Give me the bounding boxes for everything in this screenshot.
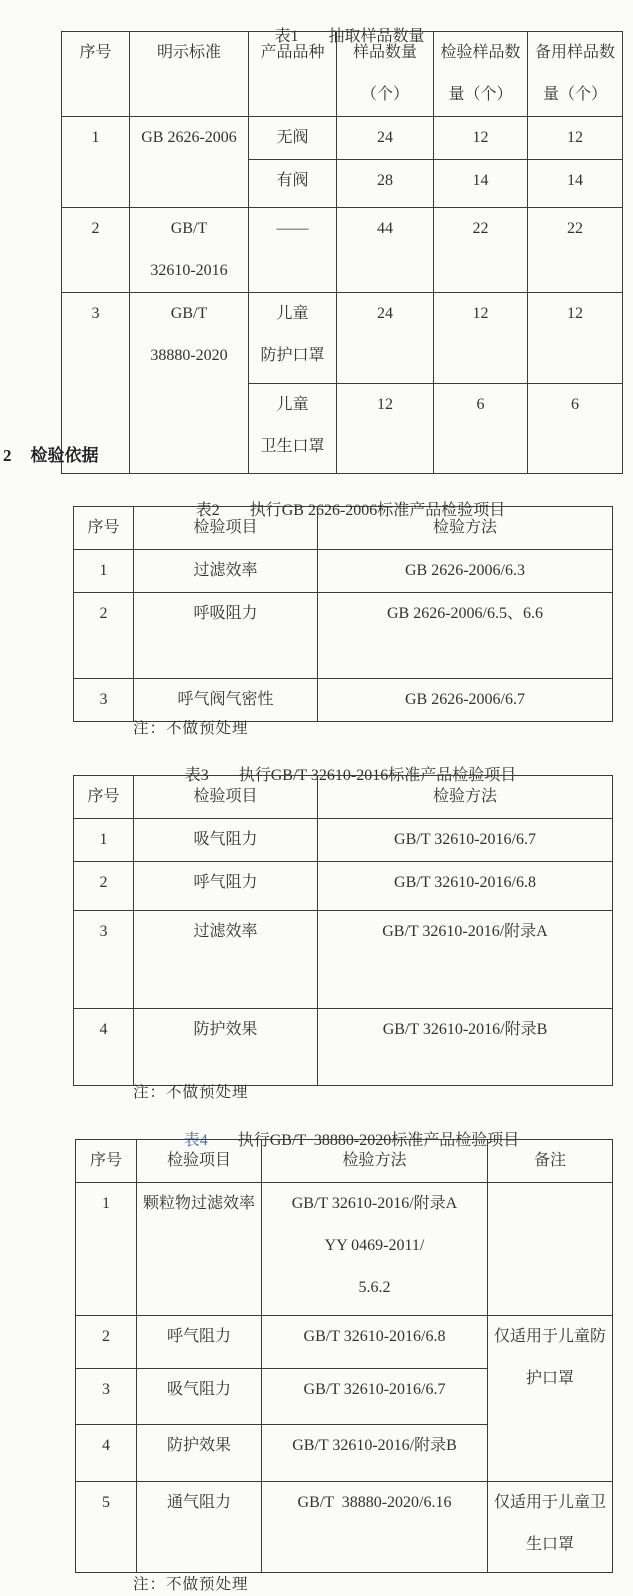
- table-cell: 有阀: [249, 160, 337, 208]
- table-cell: 44: [337, 208, 434, 293]
- section-number: 2: [3, 446, 12, 465]
- table-cell: 儿童 防护口罩: [249, 293, 337, 384]
- table-cell: 6: [528, 384, 623, 474]
- table-3-gb32610-items: 序号 检验项目 检验方法 1 吸气阻力 GB/T 32610-2016/6.7 …: [73, 775, 613, 1086]
- header-cell: 检验方法: [262, 1140, 488, 1183]
- table-row: 2 呼气阻力 GB/T 32610-2016/6.8 仅适用于儿童防护口罩: [76, 1316, 613, 1369]
- table-cell: 呼气阻力: [137, 1316, 262, 1369]
- table-cell: 呼气阻力: [134, 862, 318, 911]
- table-1-sample-quantities: 序号 明示标准 产品品种 样品数量 （个） 检验样品数 量（个） 备用样品数 量…: [61, 31, 623, 474]
- table-row: 1 过滤效率 GB 2626-2006/6.3: [74, 550, 613, 593]
- section-title: 检验依据: [31, 446, 99, 465]
- table-row: 5 通气阻力 GB/T 38880-2020/6.16 仅适用于儿童卫生口罩: [76, 1482, 613, 1573]
- table-cell: 1: [62, 117, 130, 208]
- table-row: 3 GB/T 38880-2020 儿童 防护口罩 24 12 12: [62, 293, 623, 384]
- table-cell: 过滤效率: [134, 911, 318, 1009]
- table-row: 1 GB 2626-2006 无阀 24 12 12: [62, 117, 623, 160]
- table2-note: 注：不做预处理: [133, 716, 249, 738]
- table-cell: 28: [337, 160, 434, 208]
- table-cell: 4: [74, 1009, 134, 1086]
- table-cell: GB 2626-2006: [130, 117, 249, 208]
- table-header-row: 序号 检验项目 检验方法: [74, 507, 613, 550]
- table4-note: 注：不做预处理: [133, 1572, 249, 1594]
- table-cell: GB 2626-2006/6.5、6.6: [318, 593, 613, 679]
- header-cell: 序号: [76, 1140, 137, 1183]
- header-cell: 产品品种: [249, 32, 337, 117]
- header-cell: 序号: [74, 776, 134, 819]
- table-cell: 3: [76, 1369, 137, 1425]
- table-row: 2 GB/T 32610-2016 —— 44 22 22: [62, 208, 623, 293]
- table-cell: GB 2626-2006/6.3: [318, 550, 613, 593]
- document-page: 表1抽取样品数量 序号 明示标准 产品品种 样品数量 （个） 检验样品数 量（个…: [0, 0, 633, 1596]
- header-cell: 备注: [488, 1140, 613, 1183]
- table-row: 1 颗粒物过滤效率 GB/T 32610-2016/附录A YY 0469-20…: [76, 1183, 613, 1316]
- table-row: 2 呼吸阻力 GB 2626-2006/6.5、6.6: [74, 593, 613, 679]
- table-cell: GB/T 32610-2016/6.8: [262, 1316, 488, 1369]
- table-cell: 24: [337, 117, 434, 160]
- header-cell: 检验项目: [137, 1140, 262, 1183]
- table-row: 3 过滤效率 GB/T 32610-2016/附录A: [74, 911, 613, 1009]
- table-cell: 12: [337, 384, 434, 474]
- header-cell: 序号: [62, 32, 130, 117]
- table-cell: GB/T 32610-2016/附录B: [262, 1425, 488, 1482]
- table-cell: 3: [74, 911, 134, 1009]
- header-cell: 序号: [74, 507, 134, 550]
- header-cell: 样品数量 （个）: [337, 32, 434, 117]
- table-cell: GB/T 32610-2016/附录B: [318, 1009, 613, 1086]
- table-cell: 防护效果: [134, 1009, 318, 1086]
- header-cell: 检验样品数 量（个）: [434, 32, 528, 117]
- table-cell: GB/T 32610-2016/6.7: [262, 1369, 488, 1425]
- table-cell: GB/T 32610-2016/附录A: [318, 911, 613, 1009]
- table-cell: 无阀: [249, 117, 337, 160]
- table-row: 4 防护效果 GB/T 32610-2016/附录B: [74, 1009, 613, 1086]
- header-cell: 检验方法: [318, 776, 613, 819]
- table-cell: 14: [434, 160, 528, 208]
- table-cell: 吸气阻力: [137, 1369, 262, 1425]
- table-cell: 6: [434, 384, 528, 474]
- table-cell: 颗粒物过滤效率: [137, 1183, 262, 1316]
- table-cell: GB/T 38880-2020: [130, 293, 249, 474]
- header-cell: 检验项目: [134, 507, 318, 550]
- table-cell: 2: [74, 862, 134, 911]
- header-cell: 备用样品数 量（个）: [528, 32, 623, 117]
- header-cell: 明示标准: [130, 32, 249, 117]
- table-cell: 4: [76, 1425, 137, 1482]
- table-4-gb38880-items: 序号 检验项目 检验方法 备注 1 颗粒物过滤效率 GB/T 32610-201…: [75, 1139, 613, 1573]
- table-cell-remark-merged: 仅适用于儿童防护口罩: [488, 1316, 613, 1482]
- table-2-gb2626-items: 序号 检验项目 检验方法 1 过滤效率 GB 2626-2006/6.3 2 呼…: [73, 506, 613, 722]
- table-cell: GB/T 38880-2020/6.16: [262, 1482, 488, 1573]
- table-header-row: 序号 检验项目 检验方法 备注: [76, 1140, 613, 1183]
- table-cell: 24: [337, 293, 434, 384]
- header-cell: 检验方法: [318, 507, 613, 550]
- table-cell: [488, 1183, 613, 1316]
- table-cell: GB/T 32610-2016: [130, 208, 249, 293]
- table-cell: 仅适用于儿童卫生口罩: [488, 1482, 613, 1573]
- table-cell: ——: [249, 208, 337, 293]
- table-cell: 防护效果: [137, 1425, 262, 1482]
- table-cell: 2: [74, 593, 134, 679]
- table-cell: GB/T 32610-2016/6.7: [318, 819, 613, 862]
- table-cell: 12: [528, 117, 623, 160]
- table-cell: 3: [74, 679, 134, 722]
- table-cell: 1: [76, 1183, 137, 1316]
- table-header-row: 序号 明示标准 产品品种 样品数量 （个） 检验样品数 量（个） 备用样品数 量…: [62, 32, 623, 117]
- table-cell: 通气阻力: [137, 1482, 262, 1573]
- table-row: 2 呼气阻力 GB/T 32610-2016/6.8: [74, 862, 613, 911]
- table-cell: 儿童 卫生口罩: [249, 384, 337, 474]
- table-cell: 呼吸阻力: [134, 593, 318, 679]
- table-cell: 22: [528, 208, 623, 293]
- table3-note: 注：不做预处理: [133, 1080, 249, 1102]
- section-heading: 2检验依据: [3, 441, 99, 466]
- table-cell: 1: [74, 819, 134, 862]
- table-cell: 1: [74, 550, 134, 593]
- table-cell: 5: [76, 1482, 137, 1573]
- table-cell: GB 2626-2006/6.7: [318, 679, 613, 722]
- table-cell: 过滤效率: [134, 550, 318, 593]
- table-cell: 14: [528, 160, 623, 208]
- table-cell: 12: [528, 293, 623, 384]
- table-cell: GB/T 32610-2016/6.8: [318, 862, 613, 911]
- header-cell: 检验项目: [134, 776, 318, 819]
- table-cell: 12: [434, 293, 528, 384]
- table-cell: GB/T 32610-2016/附录A YY 0469-2011/ 5.6.2: [262, 1183, 488, 1316]
- table-cell: 22: [434, 208, 528, 293]
- table-cell: 吸气阻力: [134, 819, 318, 862]
- table-cell: 12: [434, 117, 528, 160]
- table-row: 1 吸气阻力 GB/T 32610-2016/6.7: [74, 819, 613, 862]
- table-cell: 2: [62, 208, 130, 293]
- table-header-row: 序号 检验项目 检验方法: [74, 776, 613, 819]
- table-cell: 2: [76, 1316, 137, 1369]
